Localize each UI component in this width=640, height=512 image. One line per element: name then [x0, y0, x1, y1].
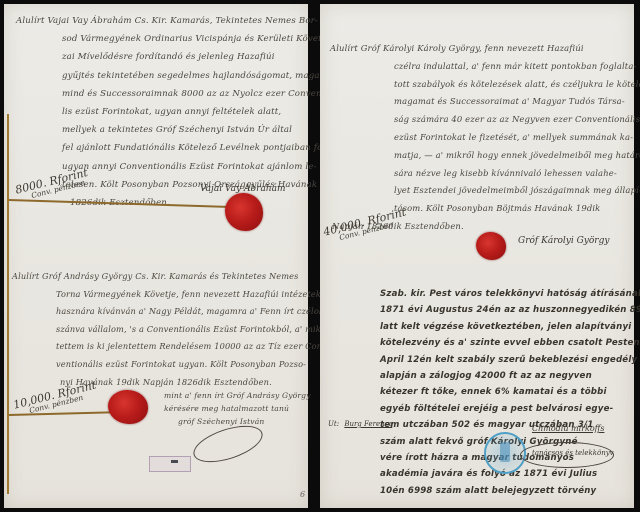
signature-karolyi-gyorgy: Gróf Károlyi György	[518, 236, 609, 246]
text-line: kétezer ft tőke, ennek 6% kamatai és a t…	[328, 384, 640, 400]
entry-andrassy-text: Alulírt Gróf Andrásy György Cs. Kir. Kam…	[12, 268, 349, 391]
binding-cord-vertical	[7, 114, 9, 494]
wax-seal-2	[108, 390, 148, 424]
text-line: tettem is ki jelentettem Rendelésem 1000…	[12, 338, 349, 356]
text-line: hasznára kívánván a' Nagy Példát, magamr…	[12, 303, 349, 321]
text-line: egyéb föltételei erejéig a pest belváros…	[328, 401, 640, 417]
text-line: Alulírt Gróf Andrásy György Cs. Kir. Kam…	[12, 268, 349, 286]
left-document-page: Alulírt Vajai Vay Ábrahám Cs. Kir. Kamar…	[4, 4, 308, 508]
wax-seal-1	[225, 193, 263, 231]
attestation: Ut: Burg Ferencz	[328, 420, 392, 428]
text-line: kötelezvény és a' szinte evvel ebben csa…	[328, 335, 640, 351]
attest-name: Burg Ferencz	[344, 420, 392, 428]
entry-karolyi-text: Alulírt Gróf Károlyi Károly György, fenn…	[330, 40, 640, 236]
text-line: ság számára 40 ezer az az Negyven ezer C…	[330, 111, 640, 129]
text-line: April 12én kelt szabály szerű bekeblezés…	[328, 352, 640, 368]
text-line: Szab. kir. Pest város telekkönyvi hatósá…	[328, 286, 640, 302]
text-line: magamat és Successoraimat a' Magyar Tudó…	[330, 93, 640, 111]
official-signature: Chmodiu mirkoffs	[532, 424, 604, 433]
text-line: szánva vállalom, 's a Conventionális Ezü…	[12, 321, 349, 339]
text-line: ezüst Forintokat le fizetését, a' mellye…	[330, 129, 640, 147]
official-title: tanácsos és telekkönyv	[532, 449, 614, 457]
text-line: czélra indulattal, a' fenn már kitett po…	[330, 58, 640, 76]
text-line: alapján a zálogjog 42000 ft az az negyve…	[328, 368, 640, 384]
witness-note: mint a' fenn írt Gróf Andrásy György kér…	[164, 389, 311, 428]
text-line: akadémia javára és folyó az 1871 évi Jul…	[328, 466, 640, 482]
text-line: kérésére meg hatalmazott tanú	[164, 402, 311, 415]
registry-annotation: Szab. kir. Pest város telekkönyvi hatósá…	[328, 286, 640, 499]
text-line: 1871 évi Augustus 24én az az huszonnegye…	[328, 302, 640, 318]
archive-stamp	[149, 456, 191, 472]
text-line: ventionális ezüst Forintokat ugyan. Költ…	[12, 356, 349, 374]
text-line: sára nézve leg kisebb kívánnivaló lehess…	[330, 165, 640, 183]
attest-prefix: Ut:	[328, 420, 339, 428]
archive-stamp-mark	[171, 460, 178, 463]
wax-seal-3	[476, 232, 506, 260]
text-line: tott szabályok és kötelezések alatt, és …	[330, 76, 640, 94]
text-line: lyet Esztendei jövedelmeimből jószágaimn…	[330, 182, 640, 200]
text-line: 10én 6998 szám alatt belejegyzett törvén…	[328, 483, 640, 499]
text-line: matja, — a' mikről hogy ennek jövedelmei…	[330, 147, 640, 165]
text-line: Torna Vármegyének Követje, fenn nevezett…	[12, 286, 349, 304]
page-number: 6	[300, 490, 305, 499]
text-line: Alulírt Gróf Károlyi Károly György, fenn…	[330, 40, 640, 58]
text-line: latt kelt végzése következtében, jelen a…	[328, 319, 640, 335]
text-line: mint a' fenn írt Gróf Andrásy György	[164, 389, 311, 402]
right-document-page: Alulírt Gróf Károlyi Károly György, fenn…	[320, 4, 634, 508]
